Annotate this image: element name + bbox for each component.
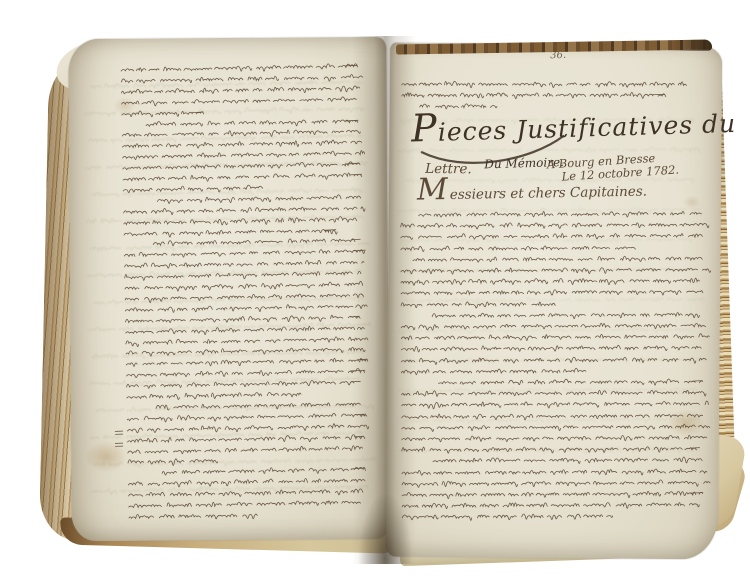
left-page-handwriting bbox=[121, 60, 371, 526]
salutation: Messieurs et chers Capitaines. bbox=[417, 168, 708, 208]
left-page bbox=[68, 37, 389, 541]
handwriting-line bbox=[402, 510, 611, 523]
handwriting-line bbox=[129, 509, 262, 523]
manuscript-photo: 36. Pieces Justificatives du Du Mémoire.… bbox=[0, 0, 750, 587]
right-page-handwriting bbox=[401, 207, 711, 525]
right-page: 36. Pieces Justificatives du Du Mémoire.… bbox=[386, 43, 722, 560]
